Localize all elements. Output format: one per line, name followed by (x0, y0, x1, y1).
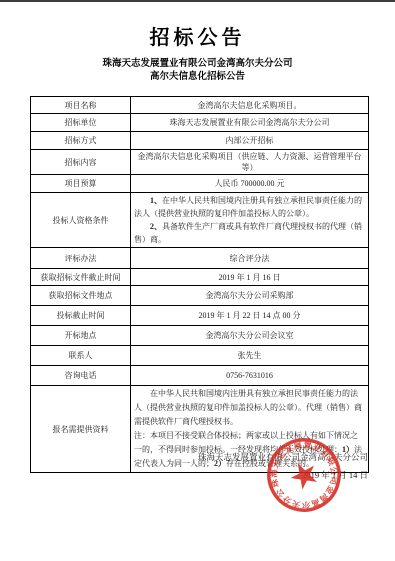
table-row: 项目名称 金湾高尔夫信息化采购项目。 (31, 97, 369, 114)
bid-announcement-page: 招标公告 珠海天志发展置业有限公司金湾高尔夫分公司 高尔夫信息化招标公告 项目名… (0, 0, 395, 561)
row-value-qualification: 1、在中华人民共和国境内注册具有独立承担民事责任能力的法人（提供营业执照的复印件… (131, 193, 369, 248)
row-value-tender-unit: 珠海天志发展置业有限公司金湾高尔夫分公司 (131, 114, 369, 132)
stamp-star (286, 457, 321, 492)
table-row: 投标人资格条件 1、在中华人民共和国境内注册具有独立承担民事责任能力的法人（提供… (31, 193, 369, 248)
table-row: 咨询电话 0756-7631016 (31, 366, 369, 386)
row-label-contact-person: 联系人 (31, 346, 131, 366)
row-label-evaluation-method: 评标办法 (31, 248, 131, 269)
table-row: 招标内容 金湾高尔夫信息化采购项目（供应链、人力资源、运营管理平台等） (31, 150, 369, 175)
row-label-budget: 项目预算 (31, 175, 131, 193)
row-value-doc-deadline: 2019 年 1 月 16 日 (131, 269, 369, 286)
table-row: 招标单位 珠海天志发展置业有限公司金湾高尔夫分公司 (31, 114, 369, 132)
bid-info-table: 项目名称 金湾高尔夫信息化采购项目。 招标单位 珠海天志发展置业有限公司金湾高尔… (30, 96, 369, 473)
row-label-bid-deadline: 投标截止时间 (31, 306, 131, 326)
row-label-tender-content: 招标内容 (31, 150, 131, 175)
page-subtitle-company: 珠海天志发展置业有限公司金湾高尔夫分公司 (0, 55, 395, 69)
row-label-project-name: 项目名称 (31, 97, 131, 114)
qualification-item-2: 2、具备软件生产厂商或具有软件厂商代理授权书的代理（销售）商。 (134, 220, 365, 246)
row-value-bid-deadline: 2019 年 1 月 22 日 14 点 00 分 (131, 306, 369, 326)
page-subtitle-project: 高尔夫信息化招标公告 (0, 68, 395, 82)
table-row: 招标方式 内部公开招标 (31, 132, 369, 150)
page-top-edge (0, 0, 395, 2)
table-row: 获取招标文件地点 金湾高尔夫分公司采购部 (31, 286, 369, 306)
row-value-doc-location: 金湾高尔夫分公司采购部 (131, 286, 369, 306)
row-value-contact-person: 张先生 (131, 346, 369, 366)
row-label-tender-method: 招标方式 (31, 132, 131, 150)
table-row: 联系人 张先生 (31, 346, 369, 366)
company-seal-stamp: 珠海天志发展置业有限公司金湾高尔夫分公司 (265, 436, 343, 514)
table-row: 项目预算 人民币 700000.00 元 (31, 175, 369, 193)
row-value-evaluation-method: 综合评分法 (131, 248, 369, 269)
materials-para-1: 在中华人民共和国境内注册具有独立承担民事责任能力的法人（提供营业执照的复印件加盖… (134, 387, 365, 429)
table-row: 开标地点 金湾高尔夫分公司会议室 (31, 326, 369, 346)
row-label-opening-location: 开标地点 (31, 326, 131, 346)
row-label-phone: 咨询电话 (31, 366, 131, 386)
row-value-tender-content: 金湾高尔夫信息化采购项目（供应链、人力资源、运营管理平台等） (131, 150, 369, 175)
table-row: 获取招标文件截止时间 2019 年 1 月 16 日 (31, 269, 369, 286)
row-value-opening-location: 金湾高尔夫分公司会议室 (131, 326, 369, 346)
page-title: 招标公告 (0, 21, 395, 50)
row-label-qualification: 投标人资格条件 (31, 193, 131, 248)
row-value-tender-method: 内部公开招标 (131, 132, 369, 150)
row-value-phone: 0756-7631016 (131, 366, 369, 386)
qualification-item-1: 1、在中华人民共和国境内注册具有独立承担民事责任能力的法人（提供营业执照的复印件… (134, 194, 365, 220)
row-value-budget: 人民币 700000.00 元 (131, 175, 369, 193)
row-label-tender-unit: 招标单位 (31, 114, 131, 132)
row-label-doc-location: 获取招标文件地点 (31, 286, 131, 306)
table-row: 评标办法 综合评分法 (31, 248, 369, 269)
row-label-doc-deadline: 获取招标文件截止时间 (31, 269, 131, 286)
row-value-project-name: 金湾高尔夫信息化采购项目。 (131, 97, 369, 114)
table-row: 投标截止时间 2019 年 1 月 22 日 14 点 00 分 (31, 306, 369, 326)
